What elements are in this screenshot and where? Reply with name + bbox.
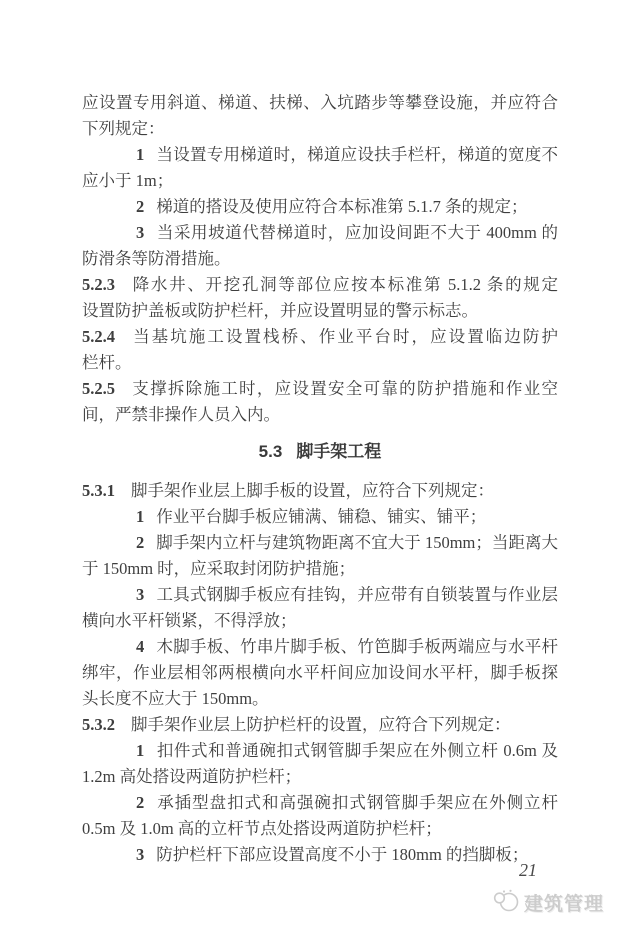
line-text: 下列规定： bbox=[82, 119, 165, 138]
line-text: 脚手架作业层上脚手板的设置，应符合下列规定： bbox=[131, 481, 494, 500]
line-text: 0.5m 及 1.0m 高的立杆节点处搭设两道防护栏杆； bbox=[82, 819, 442, 838]
line-text: 横向水平杆锁紧，不得浮放； bbox=[82, 611, 297, 630]
list-item-number: 1 bbox=[136, 741, 144, 760]
text-line: 应小于 1m； bbox=[82, 168, 558, 194]
text-line: 5.2.5支撑拆除施工时，应设置安全可靠的防护措施和作业空 bbox=[82, 376, 558, 402]
line-text: 间，严禁非操作人员入内。 bbox=[82, 405, 280, 424]
text-line: 5.2.3降水井、开挖孔洞等部位应按本标准第 5.1.2 条的规定 bbox=[82, 272, 558, 298]
page-number: 21 bbox=[519, 860, 537, 881]
text-line: 3当采用坡道代替梯道时，应加设间距不大于 400mm 的 bbox=[82, 220, 558, 246]
line-text: 防护栏杆下部应设置高度不小于 180mm 的挡脚板； bbox=[156, 845, 528, 864]
list-item-number: 3 bbox=[136, 845, 144, 864]
line-text: 支撑拆除施工时，应设置安全可靠的防护措施和作业空 bbox=[131, 379, 558, 398]
text-line: 栏杆。 bbox=[82, 350, 558, 376]
line-text: 防滑条等防滑措施。 bbox=[82, 249, 231, 268]
list-item-number: 2 bbox=[136, 197, 144, 216]
section-title: 脚手架工程 bbox=[296, 442, 381, 461]
list-item-number: 2 bbox=[136, 793, 144, 812]
line-text: 扣件式和普通碗扣式钢管脚手架应在外侧立杆 0.6m 及 bbox=[156, 741, 558, 760]
line-text: 木脚手板、竹串片脚手板、竹笆脚手板两端应与水平杆 bbox=[156, 637, 558, 656]
text-line: 绑牢，作业层相邻两根横向水平杆间应加设间水平杆，脚手板探 bbox=[82, 660, 558, 686]
line-text: 脚手架内立杆与建筑物距离不宜大于 150mm；当距离大 bbox=[156, 533, 558, 552]
text-line: 5.2.4当基坑施工设置栈桥、作业平台时，应设置临边防护 bbox=[82, 324, 558, 350]
line-text: 栏杆。 bbox=[82, 353, 132, 372]
text-line: 应设置专用斜道、梯道、扶梯、入坑踏步等攀登设施，并应符合 bbox=[82, 90, 558, 116]
line-text: 承插型盘扣式和高强碗扣式钢管脚手架应在外侧立杆 bbox=[156, 793, 558, 812]
section-number: 5.3 bbox=[259, 442, 283, 461]
text-line: 2脚手架内立杆与建筑物距离不宜大于 150mm；当距离大 bbox=[82, 530, 558, 556]
watermark: 建筑管理 bbox=[492, 886, 604, 919]
line-text: 应小于 1m； bbox=[82, 171, 173, 190]
text-line: 于 150mm 时，应采取封闭防护措施； bbox=[82, 556, 558, 582]
clause-number: 5.3.1 bbox=[82, 481, 115, 500]
line-text: 当基坑施工设置栈桥、作业平台时，应设置临边防护 bbox=[131, 327, 558, 346]
text-line: 1.2m 高处搭设两道防护栏杆； bbox=[82, 764, 558, 790]
line-text: 脚手架作业层上防护栏杆的设置，应符合下列规定： bbox=[131, 715, 511, 734]
text-line: 下列规定： bbox=[82, 116, 558, 142]
watermark-label: 建筑管理 bbox=[524, 889, 604, 916]
text-line: 1扣件式和普通碗扣式钢管脚手架应在外侧立杆 0.6m 及 bbox=[82, 738, 558, 764]
text-line: 5.3.1脚手架作业层上脚手板的设置，应符合下列规定： bbox=[82, 478, 558, 504]
list-item-number: 1 bbox=[136, 145, 144, 164]
list-item-number: 4 bbox=[136, 637, 144, 656]
list-item-number: 1 bbox=[136, 507, 144, 526]
line-text: 设置防护盖板或防护栏杆，并应设置明显的警示标志。 bbox=[82, 301, 478, 320]
text-line: 2承插型盘扣式和高强碗扣式钢管脚手架应在外侧立杆 bbox=[82, 790, 558, 816]
clause-number: 5.2.3 bbox=[82, 275, 115, 294]
line-text: 作业平台脚手板应铺满、铺稳、铺实、铺平； bbox=[156, 507, 486, 526]
text-line: 2梯道的搭设及使用应符合本标准第 5.1.7 条的规定； bbox=[82, 194, 558, 220]
text-line: 4木脚手板、竹串片脚手板、竹笆脚手板两端应与水平杆 bbox=[82, 634, 558, 660]
text-line: 防滑条等防滑措施。 bbox=[82, 246, 558, 272]
line-text: 于 150mm 时，应采取封闭防护措施； bbox=[82, 559, 355, 578]
line-text: 绑牢，作业层相邻两根横向水平杆间应加设间水平杆，脚手板探 bbox=[82, 663, 558, 682]
line-text: 梯道的搭设及使用应符合本标准第 5.1.7 条的规定； bbox=[156, 197, 527, 216]
line-text: 工具式钢脚手板应有挂钩，并应带有自锁装置与作业层 bbox=[156, 585, 558, 604]
watermark-logo-icon bbox=[492, 886, 520, 919]
text-line: 1作业平台脚手板应铺满、铺稳、铺实、铺平； bbox=[82, 504, 558, 530]
scanned-document-page: 应设置专用斜道、梯道、扶梯、入坑踏步等攀登设施，并应符合下列规定：1当设置专用梯… bbox=[0, 0, 640, 927]
text-line: 1当设置专用梯道时，梯道应设扶手栏杆，梯道的宽度不 bbox=[82, 142, 558, 168]
text-line: 间，严禁非操作人员入内。 bbox=[82, 402, 558, 428]
section-heading: 5.3脚手架工程 bbox=[82, 439, 558, 465]
line-text: 降水井、开挖孔洞等部位应按本标准第 5.1.2 条的规定 bbox=[131, 275, 558, 294]
text-line: 5.3.2脚手架作业层上防护栏杆的设置，应符合下列规定： bbox=[82, 712, 558, 738]
clause-number: 5.2.5 bbox=[82, 379, 115, 398]
text-line: 头长度不应大于 150mm。 bbox=[82, 686, 558, 712]
clause-number: 5.3.2 bbox=[82, 715, 115, 734]
list-item-number: 3 bbox=[136, 585, 144, 604]
line-text: 当采用坡道代替梯道时，应加设间距不大于 400mm 的 bbox=[156, 223, 558, 242]
text-line: 3防护栏杆下部应设置高度不小于 180mm 的挡脚板； bbox=[82, 842, 558, 868]
clause-number: 5.2.4 bbox=[82, 327, 115, 346]
line-text: 当设置专用梯道时，梯道应设扶手栏杆，梯道的宽度不 bbox=[156, 145, 558, 164]
text-line: 横向水平杆锁紧，不得浮放； bbox=[82, 608, 558, 634]
document-body: 应设置专用斜道、梯道、扶梯、入坑踏步等攀登设施，并应符合下列规定：1当设置专用梯… bbox=[82, 90, 558, 868]
text-line: 设置防护盖板或防护栏杆，并应设置明显的警示标志。 bbox=[82, 298, 558, 324]
line-text: 应设置专用斜道、梯道、扶梯、入坑踏步等攀登设施，并应符合 bbox=[82, 93, 558, 112]
line-text: 1.2m 高处搭设两道防护栏杆； bbox=[82, 767, 301, 786]
text-line: 3工具式钢脚手板应有挂钩，并应带有自锁装置与作业层 bbox=[82, 582, 558, 608]
list-item-number: 2 bbox=[136, 533, 144, 552]
list-item-number: 3 bbox=[136, 223, 144, 242]
text-line: 0.5m 及 1.0m 高的立杆节点处搭设两道防护栏杆； bbox=[82, 816, 558, 842]
line-text: 头长度不应大于 150mm。 bbox=[82, 689, 269, 708]
